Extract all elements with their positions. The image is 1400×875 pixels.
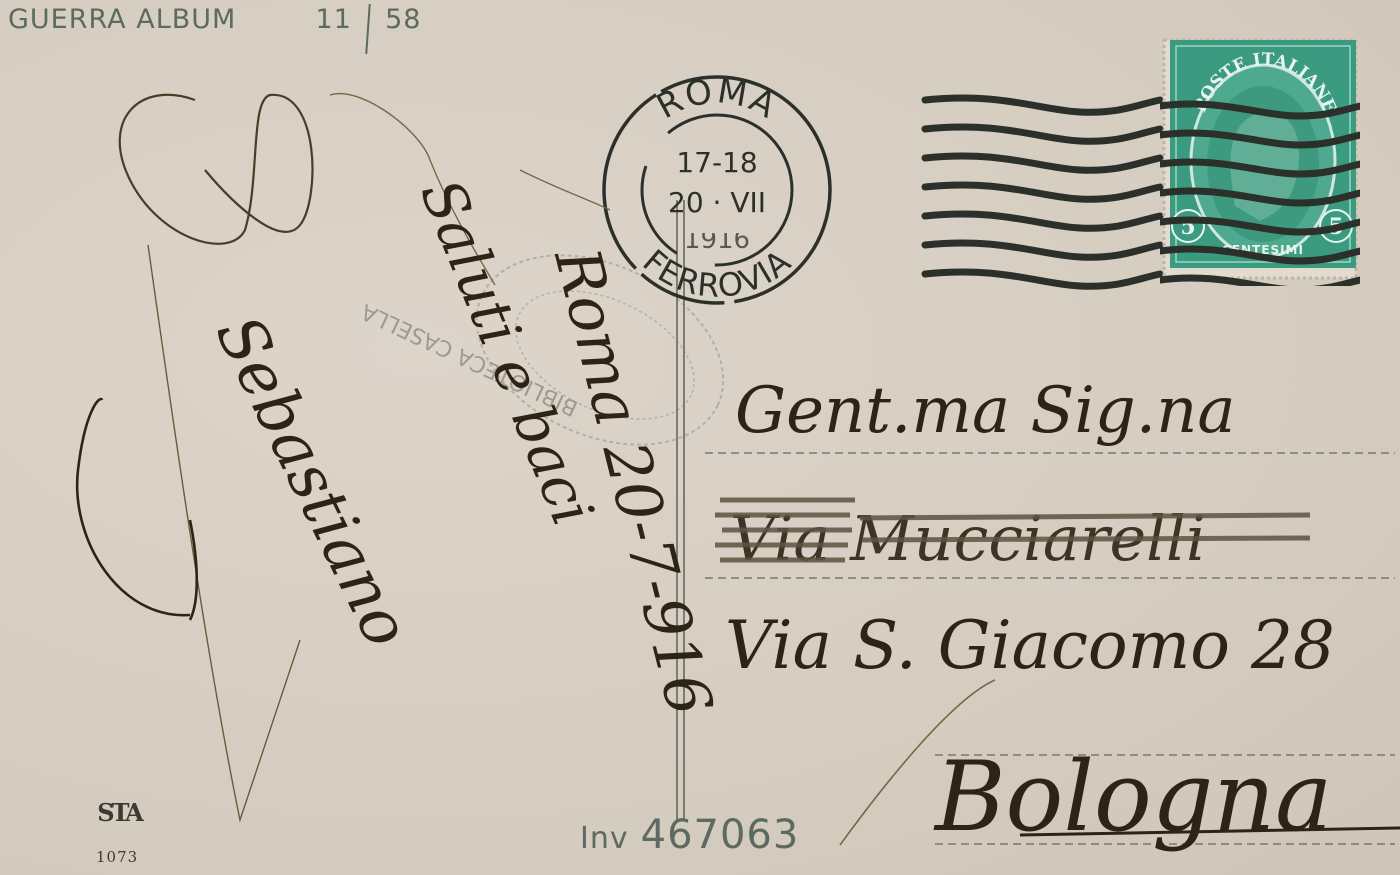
address-struck-out: Via Mucciarelli: [715, 500, 1310, 575]
message-signature: Sebastiano: [201, 305, 424, 659]
address-city: Bologna: [933, 741, 1332, 853]
publisher-logo-icon: STA: [96, 798, 142, 827]
postmark-date: 20 · VII: [668, 186, 766, 219]
postmark-time: 17-18: [676, 146, 757, 179]
address-salutation: Gent.ma Sig.na: [735, 374, 1235, 448]
inventory-prefix: Inv: [580, 821, 629, 856]
postmark-year: 1916: [684, 225, 750, 255]
svg-text:Sebastiano: Sebastiano: [201, 305, 424, 659]
postage-stamp: POSTE ITALIANE 5 5 CENTESIMI: [1160, 36, 1360, 286]
postmark-city: ROMA: [650, 71, 784, 127]
publisher-catalog-number: 1073: [96, 848, 138, 866]
postcard-back: GUERRA ALBUM 11 58 BIBLIOTECA CASELLA: [0, 0, 1400, 875]
cancellation-wavy-lines: [925, 98, 1160, 286]
inventory-number: Inv467063: [580, 812, 799, 858]
address-street: Via S. Giacomo 28: [725, 607, 1335, 684]
inventory-value: 467063: [641, 812, 800, 858]
postmark-roma: ROMA FERROVIA 17-18 20 · VII 1916: [604, 71, 830, 305]
